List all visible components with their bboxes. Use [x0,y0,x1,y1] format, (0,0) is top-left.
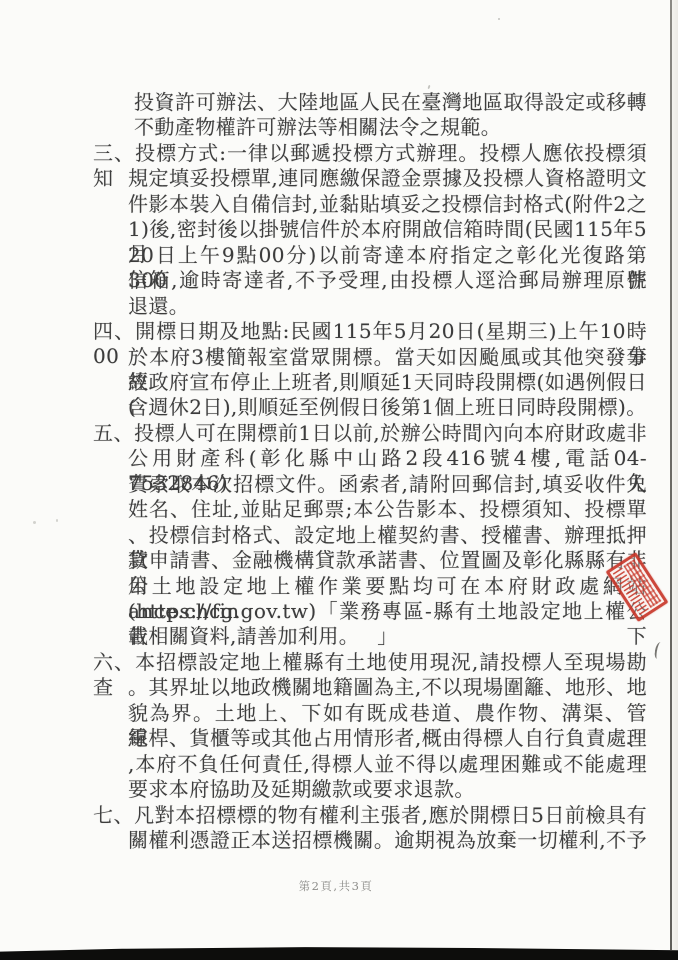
document-line-24: 。其界址以地政機關地籍圖為主,不以現場圍籬、地形、地 [128,675,647,700]
document-line-26: 電桿、貨櫃等或其他占用情形者,概由得標人自行負責處理 [128,726,647,751]
document-line-27: ,本府不負任何責任,得標人並不得以處理困難或不能處理 [128,752,647,777]
document-line-28: 要求本府協助及延期繳款或要求退款。 [128,777,647,802]
document-line-2: 不動產物權許可辦法等相關法令之規範。 [134,115,647,140]
document-line-30: 關權利憑證正本送招標機關。逾期視為放棄一切權利,不予 [128,828,647,853]
document-line-22: 載相關資料,請善加利用。 [128,624,647,649]
document-line-5: 件影本裝入自備信封,並黏貼填妥之投標信封格式(附件2之 [128,192,647,217]
document-line-17: 姓名、住址,並貼足郵票;本公告影本、投標須知、投標單 [128,497,647,522]
scan-speck [498,18,500,20]
document-line-14: 五、投標人可在開標前1日以前,於辦公時間內向本府財政處非 [93,421,647,446]
scan-page-edge-strip [672,0,678,950]
document-line-1: 投資許可辦法、大陸地區人民在臺灣地區取得設定或移轉 [134,90,647,115]
document-line-4: 規定填妥投標單,連同應繳保證金票據及投標人資格證明文 [128,166,647,191]
document-line-8: 信箱,逾時寄達者,不予受理,由投標人逕洽郵局辦理原件 [128,268,647,293]
document-body: 投資許可辦法、大陸地區人民在臺灣地區取得設定或移轉不動產物權許可辦法等相關法令之… [0,0,678,960]
document-line-29: 七、凡對本招標標的物有權利主張者,應於開標日5日前檢具有 [93,803,647,828]
document-line-16: 費索取本次招標文件。函索者,請附回郵信封,填妥收件人 [128,472,647,497]
page-number-footer: 第2頁,共3頁 [256,878,416,894]
scan-speck [56,519,58,522]
document-line-9: 退還。 [128,294,647,319]
scan-speck [33,521,36,524]
scanned-page: 投資許可辦法、大陸地區人民在臺灣地區取得設定或移轉不動產物權許可辦法等相關法令之… [0,0,678,960]
document-line-13: 含週休2日),則順延至例假日後第1個上班日同時段開標)。 [128,395,647,420]
